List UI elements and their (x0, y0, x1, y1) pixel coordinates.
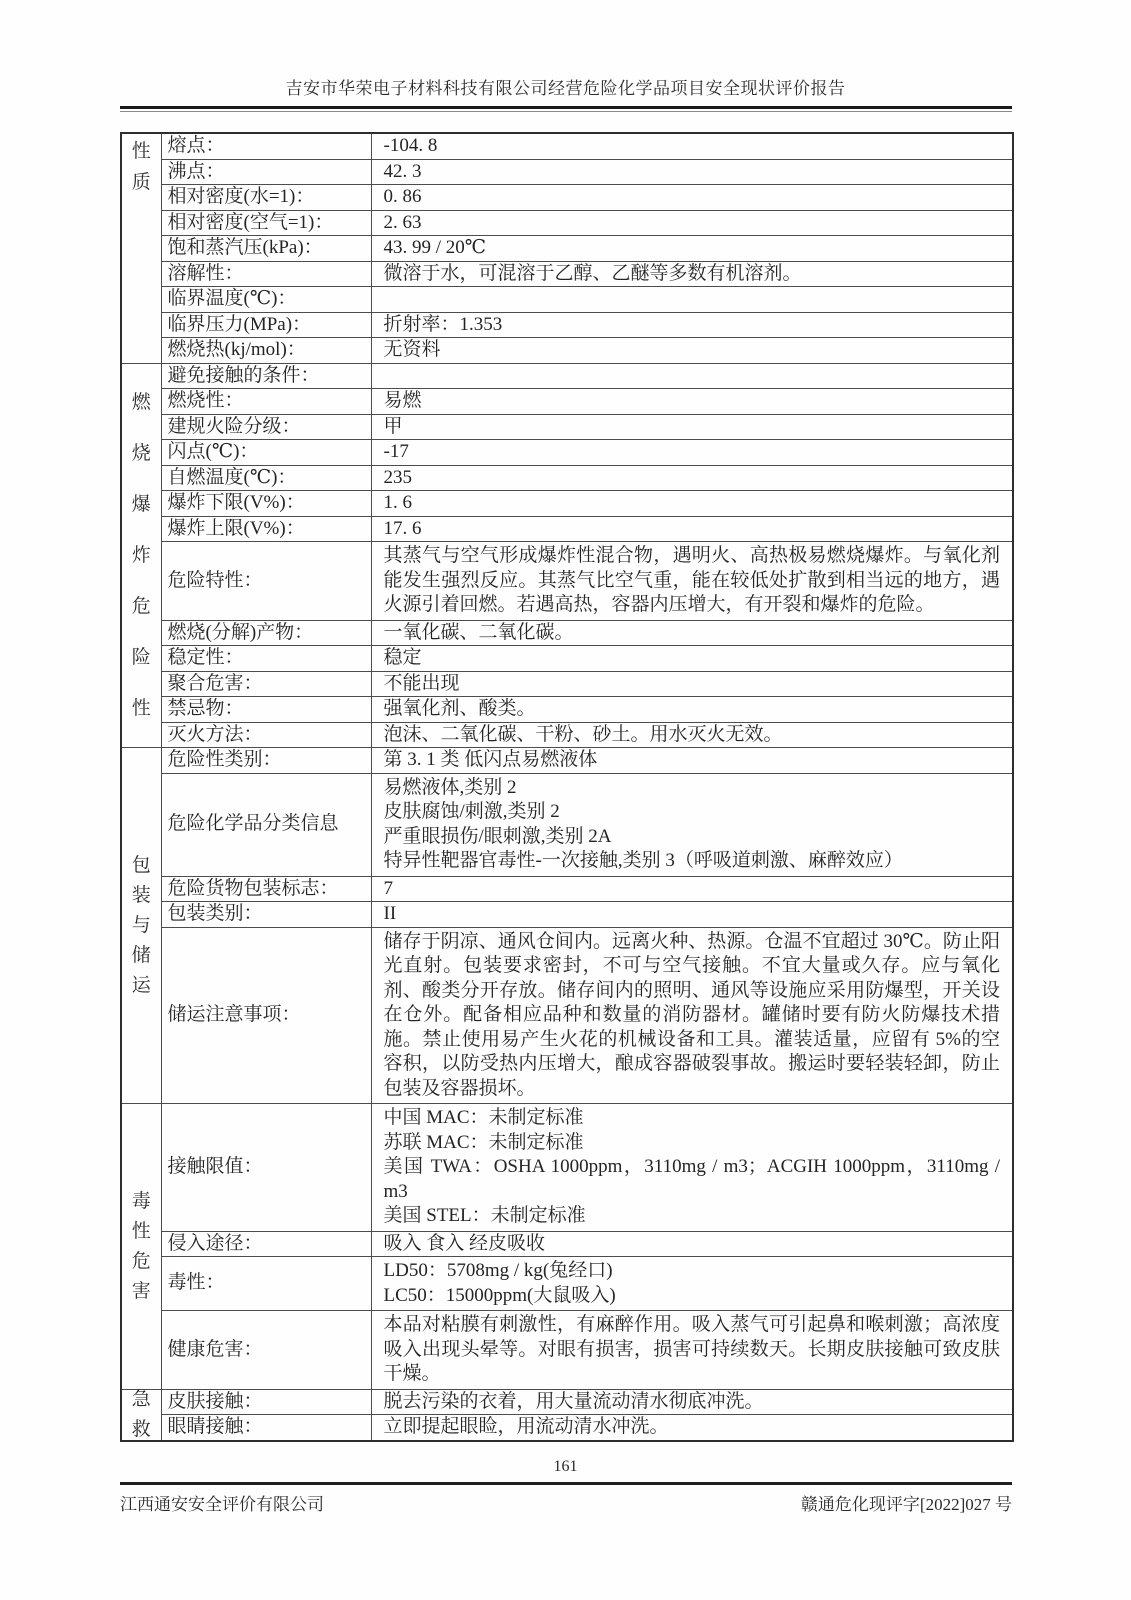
property-value-cell: 其蒸气与空气形成爆炸性混合物，遇明火、高热极易燃烧爆炸。与氧化剂能发生强烈反应。… (371, 542, 1013, 621)
table-row: 相对密度(空气=1)：2. 63 (121, 210, 1013, 236)
property-value-cell: -104. 8 (371, 133, 1013, 159)
property-value-cell: 微溶于水，可混溶于乙醇、乙醚等多数有机溶剂。 (371, 261, 1013, 287)
property-value-cell: 易燃液体,类别 2 皮肤腐蚀/刺激,类别 2 严重眼损伤/眼刺激,类别 2A 特… (371, 773, 1013, 876)
property-name-cell: 临界温度(℃)： (161, 287, 371, 313)
section-label-char: 性 (132, 1219, 151, 1244)
section-label-char: 燃 (132, 390, 151, 415)
document-page: 吉安市华荣电子材料科技有限公司经营危险化学品项目安全现状评价报告 性质熔点：-1… (0, 0, 1131, 1600)
table-row: 相对密度(水=1)：0. 86 (121, 185, 1013, 211)
property-name-cell: 相对密度(水=1)： (161, 185, 371, 211)
section-label: 燃烧爆炸危险性 (122, 364, 161, 748)
table-row: 稳定性：稳定 (121, 646, 1013, 672)
property-name-cell: 燃烧(分解)产物： (161, 620, 371, 646)
table-row: 溶解性：微溶于水，可混溶于乙醇、乙醚等多数有机溶剂。 (121, 261, 1013, 287)
section-label-cell: 包装与储运 (121, 748, 161, 1104)
property-value-cell: 储存于阴凉、通风仓间内。远离火种、热源。仓温不宜超过 30℃。防止阳光直射。包装… (371, 927, 1013, 1104)
table-row: 包装类别：II (121, 902, 1013, 928)
footer-company: 江西通安安全评价有限公司 (120, 1490, 324, 1515)
table-row: 侵入途径：吸入 食入 经皮吸收 (121, 1231, 1013, 1257)
property-value-cell: 43. 99 / 20℃ (371, 236, 1013, 262)
section-label-char: 运 (132, 973, 151, 998)
table-row: 眼睛接触：立即提起眼睑，用流动清水冲洗。 (121, 1415, 1013, 1441)
table-row: 爆炸上限(V%)：17. 6 (121, 516, 1013, 542)
section-label: 包装与储运 (122, 748, 161, 1103)
table-row: 急救皮肤接触：脱去污染的衣着，用大量流动清水彻底冲洗。 (121, 1389, 1013, 1415)
property-value-cell: 立即提起眼睑，用流动清水冲洗。 (371, 1415, 1013, 1441)
section-label: 毒性危害 (122, 1104, 161, 1389)
property-value-cell: 吸入 食入 经皮吸收 (371, 1231, 1013, 1257)
section-label-char: 包 (132, 853, 151, 878)
table-row: 性质熔点：-104. 8 (121, 133, 1013, 159)
property-name-cell: 爆炸上限(V%)： (161, 516, 371, 542)
property-name-cell: 熔点： (161, 133, 371, 159)
property-name-cell: 燃烧热(kj/mol)： (161, 338, 371, 364)
table-row: 闪点(℃)：-17 (121, 440, 1013, 466)
table-row: 燃烧性：易燃 (121, 389, 1013, 415)
footer-rule (120, 1482, 1012, 1485)
property-value-cell: 无资料 (371, 338, 1013, 364)
table-row: 燃烧爆炸危险性避免接触的条件： (121, 363, 1013, 389)
property-name-cell: 危险货物包装标志： (161, 876, 371, 902)
section-label-char: 质 (132, 170, 151, 195)
table-row: 毒性危害接触限值：中国 MAC：未制定标准 苏联 MAC：未制定标准 美国 TW… (121, 1104, 1013, 1232)
property-value-cell: 本品对粘膜有刺激性，有麻醉作用。吸入蒸气可引起鼻和喉刺激；高浓度吸入出现头晕等。… (371, 1311, 1013, 1390)
property-value-cell: 235 (371, 465, 1013, 491)
property-value-cell: 2. 63 (371, 210, 1013, 236)
table-row: 爆炸下限(V%)：1. 6 (121, 491, 1013, 517)
property-name-cell: 储运注意事项： (161, 927, 371, 1104)
property-name-cell: 沸点： (161, 159, 371, 185)
property-value-cell: 折射率：1.353 (371, 312, 1013, 338)
section-label-char: 急 (132, 1387, 151, 1412)
footer-doc-number: 赣通危化现评字[2022]027 号 (801, 1490, 1012, 1515)
property-name-cell: 侵入途径： (161, 1231, 371, 1257)
property-value-cell: 强氧化剂、酸类。 (371, 697, 1013, 723)
property-value-cell (371, 287, 1013, 313)
property-name-cell: 包装类别： (161, 902, 371, 928)
table-row: 危险化学品分类信息易燃液体,类别 2 皮肤腐蚀/刺激,类别 2 严重眼损伤/眼刺… (121, 773, 1013, 876)
table-row: 沸点：42. 3 (121, 159, 1013, 185)
section-label-char: 危 (132, 1249, 151, 1274)
table-row: 禁忌物：强氧化剂、酸类。 (121, 697, 1013, 723)
section-label-char: 与 (132, 913, 151, 938)
header-rule (120, 106, 1012, 112)
section-label: 性质 (122, 134, 161, 363)
property-name-cell: 危险化学品分类信息 (161, 773, 371, 876)
property-name-cell: 相对密度(空气=1)： (161, 210, 371, 236)
table-row: 燃烧热(kj/mol)：无资料 (121, 338, 1013, 364)
property-value-cell: 易燃 (371, 389, 1013, 415)
property-name-cell: 禁忌物： (161, 697, 371, 723)
table-row: 危险特性：其蒸气与空气形成爆炸性混合物，遇明火、高热极易燃烧爆炸。与氧化剂能发生… (121, 542, 1013, 621)
section-label-cell: 性质 (121, 133, 161, 363)
section-label-char: 性 (132, 139, 151, 164)
chemical-properties-table: 性质熔点：-104. 8沸点：42. 3相对密度(水=1)：0. 86相对密度(… (120, 132, 1014, 1442)
section-label-char: 性 (132, 696, 151, 721)
table-row: 建规火险分级：甲 (121, 414, 1013, 440)
section-label-cell: 急救 (121, 1389, 161, 1441)
property-value-cell: 42. 3 (371, 159, 1013, 185)
property-name-cell: 临界压力(MPa)： (161, 312, 371, 338)
property-name-cell: 皮肤接触： (161, 1389, 371, 1415)
section-label-char: 爆 (132, 492, 151, 517)
property-name-cell: 稳定性： (161, 646, 371, 672)
property-name-cell: 溶解性： (161, 261, 371, 287)
header-rule-thick (120, 106, 1012, 109)
section-label-char: 险 (132, 645, 151, 670)
table-row: 临界温度(℃)： (121, 287, 1013, 313)
table-row: 危险货物包装标志：7 (121, 876, 1013, 902)
table-row: 临界压力(MPa)：折射率：1.353 (121, 312, 1013, 338)
property-name-cell: 毒性： (161, 1257, 371, 1311)
property-name-cell: 危险性类别： (161, 748, 371, 774)
section-label-cell: 毒性危害 (121, 1104, 161, 1390)
table-row: 饱和蒸汽压(kPa)：43. 99 / 20℃ (121, 236, 1013, 262)
table-row: 包装与储运危险性类别：第 3. 1 类 低闪点易燃液体 (121, 748, 1013, 774)
property-value-cell: 第 3. 1 类 低闪点易燃液体 (371, 748, 1013, 774)
property-value-cell: 一氧化碳、二氧化碳。 (371, 620, 1013, 646)
property-value-cell: 1. 6 (371, 491, 1013, 517)
property-value-cell: 稳定 (371, 646, 1013, 672)
section-label-char: 烧 (132, 441, 151, 466)
property-value-cell: 脱去污染的衣着，用大量流动清水彻底冲洗。 (371, 1389, 1013, 1415)
table-row: 自燃温度(℃)：235 (121, 465, 1013, 491)
property-value-cell: 泡沫、二氧化碳、干粉、砂土。用水灭火无效。 (371, 722, 1013, 748)
property-value-cell: LD50：5708mg / kg(兔经口) LC50：15000ppm(大鼠吸入… (371, 1257, 1013, 1311)
property-name-cell: 危险特性： (161, 542, 371, 621)
property-name-cell: 眼睛接触： (161, 1415, 371, 1441)
property-name-cell: 灭火方法： (161, 722, 371, 748)
property-name-cell: 闪点(℃)： (161, 440, 371, 466)
table-row: 储运注意事项：储存于阴凉、通风仓间内。远离火种、热源。仓温不宜超过 30℃。防止… (121, 927, 1013, 1104)
table-row: 燃烧(分解)产物：一氧化碳、二氧化碳。 (121, 620, 1013, 646)
property-name-cell: 避免接触的条件： (161, 363, 371, 389)
property-value-cell: II (371, 902, 1013, 928)
section-label-char: 害 (132, 1279, 151, 1304)
header-title: 吉安市华荣电子材料科技有限公司经营危险化学品项目安全现状评价报告 (0, 0, 1131, 99)
property-value-cell: 中国 MAC：未制定标准 苏联 MAC：未制定标准 美国 TWA：OSHA 10… (371, 1104, 1013, 1232)
property-name-cell: 自燃温度(℃)： (161, 465, 371, 491)
property-name-cell: 爆炸下限(V%)： (161, 491, 371, 517)
property-value-cell: 甲 (371, 414, 1013, 440)
property-name-cell: 聚合危害： (161, 671, 371, 697)
section-label-char: 炸 (132, 543, 151, 568)
section-label-char: 装 (132, 883, 151, 908)
property-name-cell: 建规火险分级： (161, 414, 371, 440)
section-label-char: 危 (132, 594, 151, 619)
property-value-cell (371, 363, 1013, 389)
property-name-cell: 饱和蒸汽压(kPa)： (161, 236, 371, 262)
property-value-cell: -17 (371, 440, 1013, 466)
section-label-cell: 燃烧爆炸危险性 (121, 363, 161, 748)
property-value-cell: 17. 6 (371, 516, 1013, 542)
table-row: 毒性：LD50：5708mg / kg(兔经口) LC50：15000ppm(大… (121, 1257, 1013, 1311)
page-footer: 江西通安安全评价有限公司 赣通危化现评字[2022]027 号 (120, 1490, 1012, 1515)
property-value-cell: 不能出现 (371, 671, 1013, 697)
property-name-cell: 接触限值： (161, 1104, 371, 1232)
header-rule-thin (120, 111, 1012, 112)
section-label-char: 储 (132, 943, 151, 968)
property-value-cell: 0. 86 (371, 185, 1013, 211)
table-row: 聚合危害：不能出现 (121, 671, 1013, 697)
page-number: 161 (0, 1458, 1131, 1476)
property-value-cell: 7 (371, 876, 1013, 902)
table-row: 灭火方法：泡沫、二氧化碳、干粉、砂土。用水灭火无效。 (121, 722, 1013, 748)
section-label-char: 救 (132, 1417, 151, 1442)
property-name-cell: 健康危害： (161, 1311, 371, 1390)
section-label-char: 毒 (132, 1189, 151, 1214)
table-row: 健康危害：本品对粘膜有刺激性，有麻醉作用。吸入蒸气可引起鼻和喉刺激；高浓度吸入出… (121, 1311, 1013, 1390)
property-name-cell: 燃烧性： (161, 389, 371, 415)
section-label: 急救 (122, 1390, 161, 1440)
